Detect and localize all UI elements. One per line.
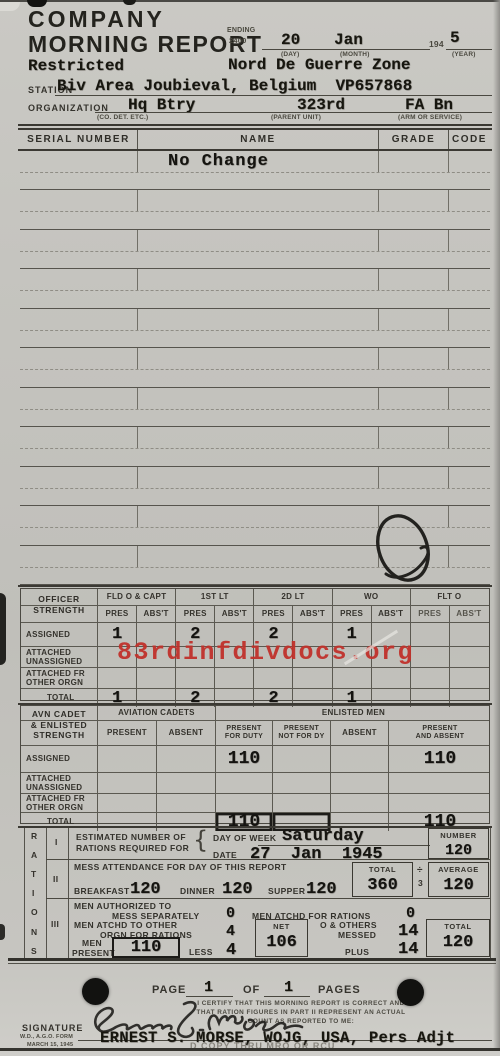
- organization-rule: [95, 112, 492, 113]
- classification: Restricted: [28, 58, 124, 74]
- scan-blob: [123, 0, 136, 5]
- org-arm: FA Bn: [405, 97, 453, 113]
- others-messed-value: 14: [398, 923, 418, 940]
- punch-hole: [397, 979, 424, 1006]
- divisor: 3: [418, 879, 423, 889]
- officer-group: 1ST LT: [175, 589, 253, 605]
- enlisted-group: AVIATION CADETS: [97, 706, 215, 720]
- part-numeral: III: [51, 920, 59, 930]
- rations-letter: A: [31, 851, 38, 861]
- roster-row: [20, 269, 490, 308]
- org-sublabel-2: (PARENT UNIT): [271, 115, 321, 122]
- ending-label: ENDING: [227, 27, 255, 34]
- scan-edge-top: [0, 0, 500, 2]
- divider-line: [8, 958, 496, 961]
- org-sublabel-3: (ARM OR SERVICE): [398, 115, 462, 122]
- scan-corner-light: [0, 2, 20, 11]
- rations-total-box: TOTAL120: [426, 919, 490, 957]
- roster-row: [20, 388, 490, 427]
- scan-blob: [0, 924, 5, 940]
- roster-row: [20, 467, 490, 506]
- plus-value: 14: [398, 941, 418, 958]
- number-box: NUMBER120: [428, 828, 489, 859]
- divider-line: [8, 963, 496, 964]
- ending-time: 2400: [229, 37, 247, 45]
- enlisted-group: ENLISTED MEN: [215, 706, 491, 720]
- station-value: Biv Area Joubieval, Belgium VP657868: [57, 78, 412, 94]
- watermark: 83rdinfdivdocs.org: [117, 640, 414, 665]
- roster-col-grade: GRADE: [378, 130, 448, 149]
- brace: {: [193, 828, 208, 852]
- officer-group: FLD O & CAPT: [97, 589, 175, 605]
- roster-row: [20, 190, 490, 229]
- zone: Nord De Guerre Zone: [228, 57, 410, 73]
- table-row: ASSIGNED 110 110: [21, 745, 489, 772]
- date-rule: [262, 49, 430, 50]
- roster-header: SERIAL NUMBER NAME GRADE CODE: [20, 130, 490, 149]
- form-number: W.D., A.G.O. FORM: [20, 1035, 73, 1041]
- scan-edge-right: [493, 0, 500, 1056]
- roster-col-serial: SERIAL NUMBER: [20, 130, 137, 149]
- roster-row: [20, 309, 490, 348]
- total-pages: 1: [284, 980, 293, 995]
- form-title-line1: COMPANY: [28, 8, 165, 31]
- org-parent-unit: 323rd: [297, 97, 345, 113]
- divider-line: [18, 826, 492, 828]
- supper-value: 120: [306, 881, 337, 898]
- rations-letter: S: [31, 947, 37, 957]
- officer-table-corner: OFFICERSTRENGTH: [21, 589, 97, 621]
- enlisted-table-corner: AVN CADET& ENLISTEDSTRENGTH: [21, 706, 97, 744]
- year-sublabel: (YEAR): [452, 52, 476, 59]
- date-day: 20: [281, 32, 300, 48]
- atchd-other-value: 4: [226, 924, 235, 939]
- table-row: ATTACHED FROTHER ORGN: [21, 667, 489, 688]
- officer-group: 2D LT: [253, 589, 331, 605]
- divider-line: [18, 124, 492, 126]
- dinner-value: 120: [222, 881, 253, 898]
- handwritten-scribble: [358, 508, 458, 596]
- date-year: 5: [450, 30, 460, 46]
- divider-line: [18, 585, 492, 587]
- org-unit: Hq Btry: [128, 97, 195, 113]
- form-title-line2: MORNING REPORT: [28, 33, 262, 56]
- rations-letter: T: [31, 870, 37, 880]
- officer-group: FLT O: [410, 589, 488, 605]
- part-numeral: II: [53, 875, 59, 885]
- roster-row: [20, 348, 490, 387]
- scan-edge-bottom: [0, 1051, 500, 1056]
- year-rule: [446, 49, 492, 50]
- rations-letter: I: [32, 889, 35, 899]
- divide-sign: ÷: [417, 865, 423, 877]
- roster-entry: No Change: [168, 153, 269, 170]
- date-month: Jan: [334, 32, 363, 48]
- morning-report-form: COMPANY MORNING REPORT Restricted ENDING…: [0, 0, 500, 1056]
- men-present-handbox: 110: [112, 937, 180, 958]
- mess-separately-value: 0: [226, 906, 235, 921]
- rations-date-value: 27 Jan 1945: [250, 846, 383, 863]
- roster-row: [20, 230, 490, 269]
- enlisted-strength-table: AVIATION CADETS ENLISTED MEN PRESENT ABS…: [20, 705, 490, 824]
- net-box: NET106: [255, 919, 308, 957]
- day-of-week-value: Saturday: [282, 828, 364, 845]
- less-value: 4: [226, 942, 236, 959]
- part-numeral: I: [55, 838, 58, 848]
- atchd-rations-value: 0: [406, 906, 415, 921]
- average-box: AVERAGE120: [428, 862, 489, 897]
- org-sublabel-1: (CO. DET. ETC.): [97, 115, 148, 122]
- roster-col-code: CODE: [448, 130, 490, 149]
- table-row: ATTACHEDUNASSIGNED: [21, 772, 489, 793]
- roster-col-name: NAME: [137, 130, 378, 149]
- table-row: ATTACHED FROTHER ORGN: [21, 793, 489, 812]
- rations-letter: O: [31, 908, 38, 918]
- officer-group: WO: [332, 589, 410, 605]
- breakfast-value: 120: [130, 881, 161, 898]
- page-number: 1: [204, 980, 213, 995]
- year-printed: 194: [429, 40, 444, 49]
- roster-row: [20, 427, 490, 466]
- rations-letter: R: [31, 832, 38, 842]
- scan-blob: [0, 593, 6, 665]
- rations-letter: N: [31, 928, 38, 938]
- mess-total-box: TOTAL360: [352, 862, 413, 897]
- men-present-value: 110: [131, 939, 162, 956]
